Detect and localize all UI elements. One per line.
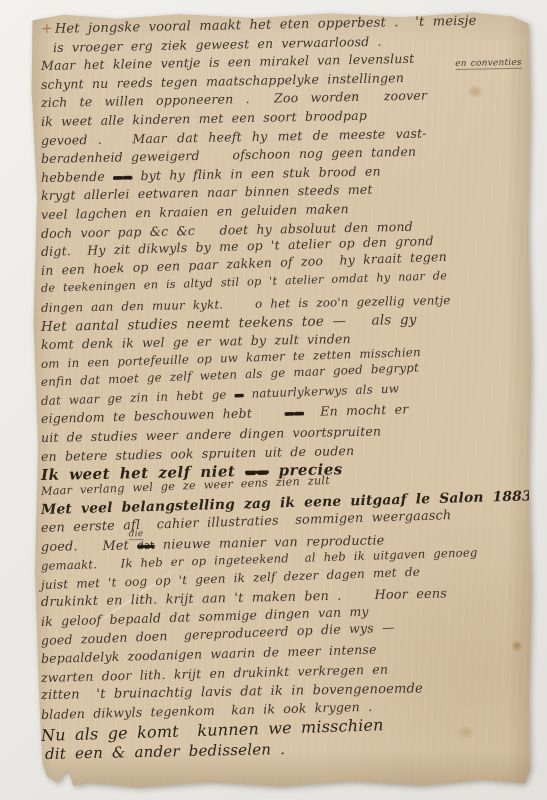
- letter-sheet: +Het jongske vooral maakt het eten opper…: [28, 11, 532, 789]
- plus-mark: +: [41, 21, 53, 37]
- struck-text: ▬▬: [285, 409, 305, 421]
- line-text: hebbende: [41, 168, 113, 184]
- struck-text: ▬: [234, 390, 244, 401]
- struck-text: ▬▬: [113, 172, 133, 183]
- line-text: eigendom te beschouwen hebt: [41, 405, 285, 426]
- line-text: natuurlykerwys als uw: [243, 381, 399, 400]
- line-text: byt hy flink in een stuk brood en: [132, 163, 381, 183]
- scan-background: +Het jongske vooral maakt het eten opper…: [0, 0, 547, 800]
- inserted-text: en conventies: [455, 59, 522, 70]
- line-text: goed. Met: [41, 538, 137, 555]
- letter-text: +Het jongske vooral maakt het eten opper…: [41, 20, 526, 764]
- struck-text: dat: [137, 539, 155, 551]
- line-text: En mocht er: [304, 402, 409, 420]
- line-text: veel lagchen en kraaien en geluiden make…: [41, 201, 349, 222]
- line-text: dit een & ander bedisselen .: [45, 740, 285, 763]
- inserted-text: die: [129, 530, 144, 540]
- letter-sheet-wrap: +Het jongske vooral maakt het eten opper…: [28, 11, 532, 789]
